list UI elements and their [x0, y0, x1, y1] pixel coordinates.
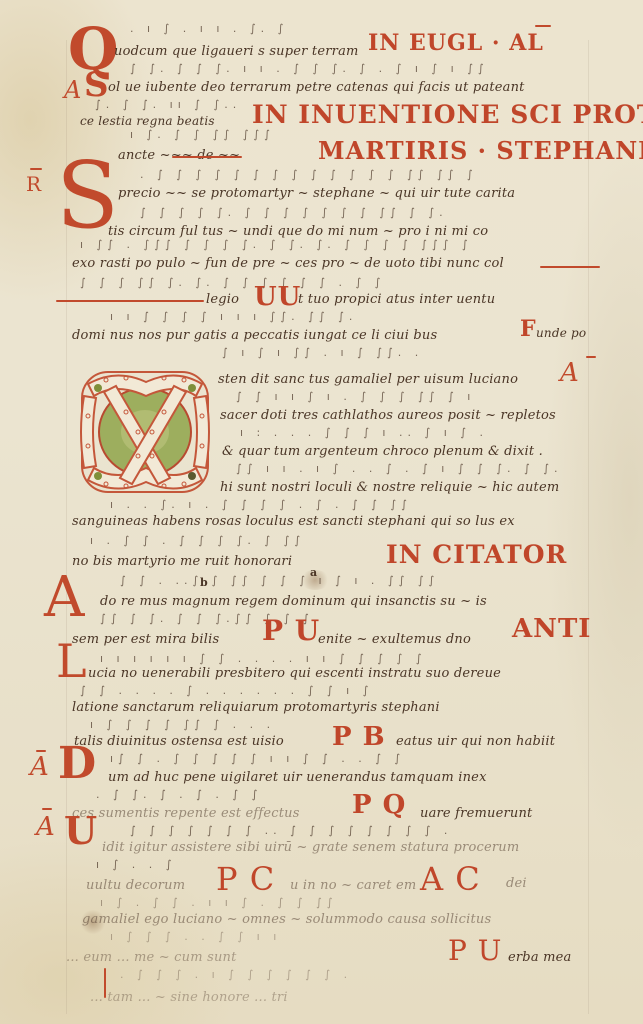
- neumes: ∫ ∫ ı ı ∫ ı . ∫ ∫ ∫ ∫∫ ∫ ı: [236, 390, 475, 403]
- text-line: hi sunt nostri loculi & nostre reliquie …: [220, 480, 559, 495]
- rubric-f: F: [520, 316, 537, 342]
- neumes: ı . . ∫. ı . ∫ ∫ ∫ ∫ . ∫ . ∫ ∫ ∫∫: [110, 498, 412, 511]
- rubric-psalm: P U: [262, 614, 320, 647]
- margin-responsory-r: R: [26, 174, 41, 194]
- rubric-title: MARTIRIS · STEPHANI ·: [318, 136, 643, 165]
- neumes: ∫. ∫ ∫. ıı ∫ ∫..: [95, 98, 241, 111]
- text-line: uare fremuerunt: [420, 806, 532, 821]
- neumes: ∫ ∫ . . . . ∫ . . . . . . ∫ ∫ ı ∫: [80, 684, 373, 697]
- neumes: ∫ ∫ ∫ ∫ ∫ ∫ ∫ .. ∫ ∫ ∫ ∫ ∫ ∫ ∫ ∫ .: [130, 824, 452, 837]
- margin-antiphon-a: A: [30, 754, 49, 780]
- text-line: latione sanctarum reliquiarum protomarty…: [72, 700, 440, 715]
- abbrev-bar: [535, 25, 551, 27]
- neumes: ı ı ı ı ı ı ∫ ∫ . . . . ı ı ∫ ∫ ∫ ∫ ∫: [100, 652, 427, 665]
- rubric-title: IN INUENTIONE SCI PROTO: [252, 100, 643, 129]
- neumes: ı ∫ ∫ ∫ ∫ ∫∫ ∫ . . .: [90, 718, 275, 731]
- initial-a: A: [44, 570, 84, 626]
- abbrev-bar: [42, 808, 52, 810]
- neumes: ı ∫. ∫ ∫ ∫∫ ∫∫∫: [130, 128, 275, 141]
- text-line: ol ue iubente deo terrarum petre catenas…: [108, 80, 525, 95]
- text-line: tis circum ful tus ~ undi que do mi num …: [108, 224, 488, 239]
- neumes: . ı ∫ . ı ı . ∫. ∫: [130, 22, 288, 35]
- text-line: eatus uir qui non habiit: [396, 734, 555, 749]
- neumes: ı ∫ ∫ ∫ . . ∫ ∫ ı ı: [110, 930, 281, 943]
- text-line: t tuo propici atus inter uentu: [298, 292, 495, 307]
- rubric-psalm: P Q: [352, 790, 406, 820]
- neumes: . ∫ ∫ ∫ . ı ∫ ∫ ∫ ∫ ∫ ∫ .: [120, 968, 352, 981]
- rubric-versus: UU: [254, 282, 301, 312]
- neumes: ∫∫ ı ı . ı ∫ . . ∫ . ∫ ı ∫ ∫ ∫. ∫ ∫.: [236, 462, 562, 475]
- abbrev-bar: [586, 356, 596, 358]
- neumes: ı ∫ . ∫ ∫ . ı ı ∫ . ∫ ∫ ∫∫: [100, 896, 337, 909]
- text-line: sanguineas habens rosas loculus est sanc…: [72, 514, 515, 529]
- neumes: ∫ ∫. ∫ ∫ ∫. ı ı . ∫ ∫ ∫. ∫ . ∫ ı ∫ ı ∫∫: [130, 62, 489, 75]
- text-line: gamaliel ego luciano ~ omnes ~ solummodo…: [82, 912, 491, 927]
- text-line: sem per est mira bilis: [72, 632, 219, 647]
- rubric-psalm: P U: [448, 934, 502, 967]
- margin-antiphon-a: A: [560, 360, 579, 386]
- initial-l: L: [56, 638, 87, 684]
- text-line: no bis martyrio me ruit honorari: [72, 554, 292, 569]
- margin-antiphon-a: A: [64, 78, 81, 102]
- rubric-psalm: P C: [216, 860, 275, 898]
- neumes: ı ı ∫ ∫ ∫ ∫ ı ı ı ∫∫. ∫∫ ∫.: [110, 310, 357, 323]
- initial-d: D: [58, 742, 96, 786]
- text-line: domi nus nos pur gatis a peccatis iungat…: [72, 328, 437, 343]
- decorated-initial-o: [76, 366, 214, 498]
- initial-u: U: [64, 812, 97, 850]
- text-line: idit igitur assistere sibi uirū ~ grate …: [102, 840, 519, 855]
- melisma-line: [56, 300, 204, 302]
- melisma-line: [540, 266, 600, 268]
- text-line: ce lestia regna beatis: [80, 114, 215, 128]
- text-line: ... tam ... ~ sine honore ... tri: [90, 990, 288, 1005]
- text-line: & quar tum argenteum chroco plenum & dix…: [222, 444, 543, 459]
- manuscript-page: Q . ı ∫ . ı ı . ∫. ∫ uodcum que ligaueri…: [0, 0, 643, 1024]
- margin-rule-right: [588, 40, 589, 1014]
- neumes: ı∫ ∫ . ∫ ∫ ∫ ∫ ∫ ı ı ∫ ∫ . . ∫ ∫: [110, 752, 405, 765]
- text-line: legio: [206, 292, 239, 307]
- text-line: exo rasti po pulo ~ fun de pre ~ ces pro…: [72, 256, 504, 271]
- text-line: um ad huc pene uigilaret uir uenerandus …: [108, 770, 487, 785]
- text-line: dei: [506, 876, 527, 891]
- text-line: sacer doti tres cathlathos aureos posit …: [220, 408, 556, 423]
- neumes: ı ∫∫ . ∫∫∫ ∫ ∫ ∫ ∫. ∫ ∫. ∫. ∫ ∫ ∫ ∫ ∫∫∫ …: [80, 238, 473, 251]
- text-line: enite ~ exultemus dno: [318, 632, 471, 647]
- neumes: ı ∫ . . ∫: [96, 858, 177, 871]
- text-line: erba mea: [508, 950, 571, 965]
- rubric-title: IN EUGL · AL: [368, 30, 544, 56]
- melisma-line: [172, 156, 242, 158]
- neumes: ∫ ı ∫ ı ∫∫ . ı ∫ ∫∫. .: [222, 346, 423, 359]
- neumes: ı . ∫ ∫ . ∫ ∫ ∫ ∫. ∫ ∫∫: [90, 534, 305, 547]
- initial-s: S: [84, 68, 109, 102]
- text-line: do re mus magnum regem dominum qui insan…: [100, 594, 487, 609]
- text-line: ... eum ... me ~ cum sunt: [66, 950, 237, 965]
- margin-antiphon-a: A: [36, 814, 55, 840]
- abbrev-bar: [30, 168, 42, 170]
- neumes: ∫ ∫ ∫ ∫∫ ∫. ∫. ∫ ∫ ∫ ∫ ∫ ∫ . ∫ ∫: [80, 276, 385, 289]
- text-line: precio ~~ se protomartyr ~ stephane ~ qu…: [118, 186, 515, 201]
- neumes: . ∫ ∫ ∫ ∫ ∫ ∫ ∫ ∫ ∫ ∫ ∫ ∫ ∫ ∫∫ ∫∫ ∫: [140, 168, 478, 181]
- text-line: uodcum que ligaueri s super terram: [114, 44, 359, 59]
- text-line: ucia no uenerabili presbitero qui escent…: [88, 666, 501, 681]
- text-line: unde po: [536, 326, 586, 340]
- neumes: ∫ ∫ . ..∫ ∫ ∫∫ ∫ ∫ ∫ ı ∫ ı . ∫∫ ∫∫: [120, 574, 439, 587]
- neumes: ı : . . . ∫ ∫ ∫ ı .. ∫ ı ∫ .: [240, 426, 488, 439]
- interlace-icon: [76, 366, 214, 498]
- text-line: u in no ~ caret em: [290, 878, 416, 893]
- text-line: talis diuinitus ostensa est uisio: [74, 734, 284, 749]
- rubric-invitator: IN CITATOR: [386, 540, 567, 569]
- text-line: ces sumentis repente est effectus: [72, 806, 300, 821]
- text-line: sten dit sanc tus gamaliel per uisum luc…: [218, 372, 518, 387]
- rubric-antiphon: A C: [420, 860, 481, 898]
- text-line: uultu decorum: [86, 878, 185, 893]
- rubric-psalm: P B: [332, 722, 386, 752]
- neumes: . ∫ ∫. ∫ . ∫ . ∫ ∫: [96, 788, 262, 801]
- rubric-antiphon: ANTI: [512, 614, 591, 644]
- neumes: ∫ ∫ ∫ ∫ ∫. ∫ ∫ ∫ ∫ ∫ ∫ ∫ ∫∫ ∫ ∫.: [140, 206, 448, 219]
